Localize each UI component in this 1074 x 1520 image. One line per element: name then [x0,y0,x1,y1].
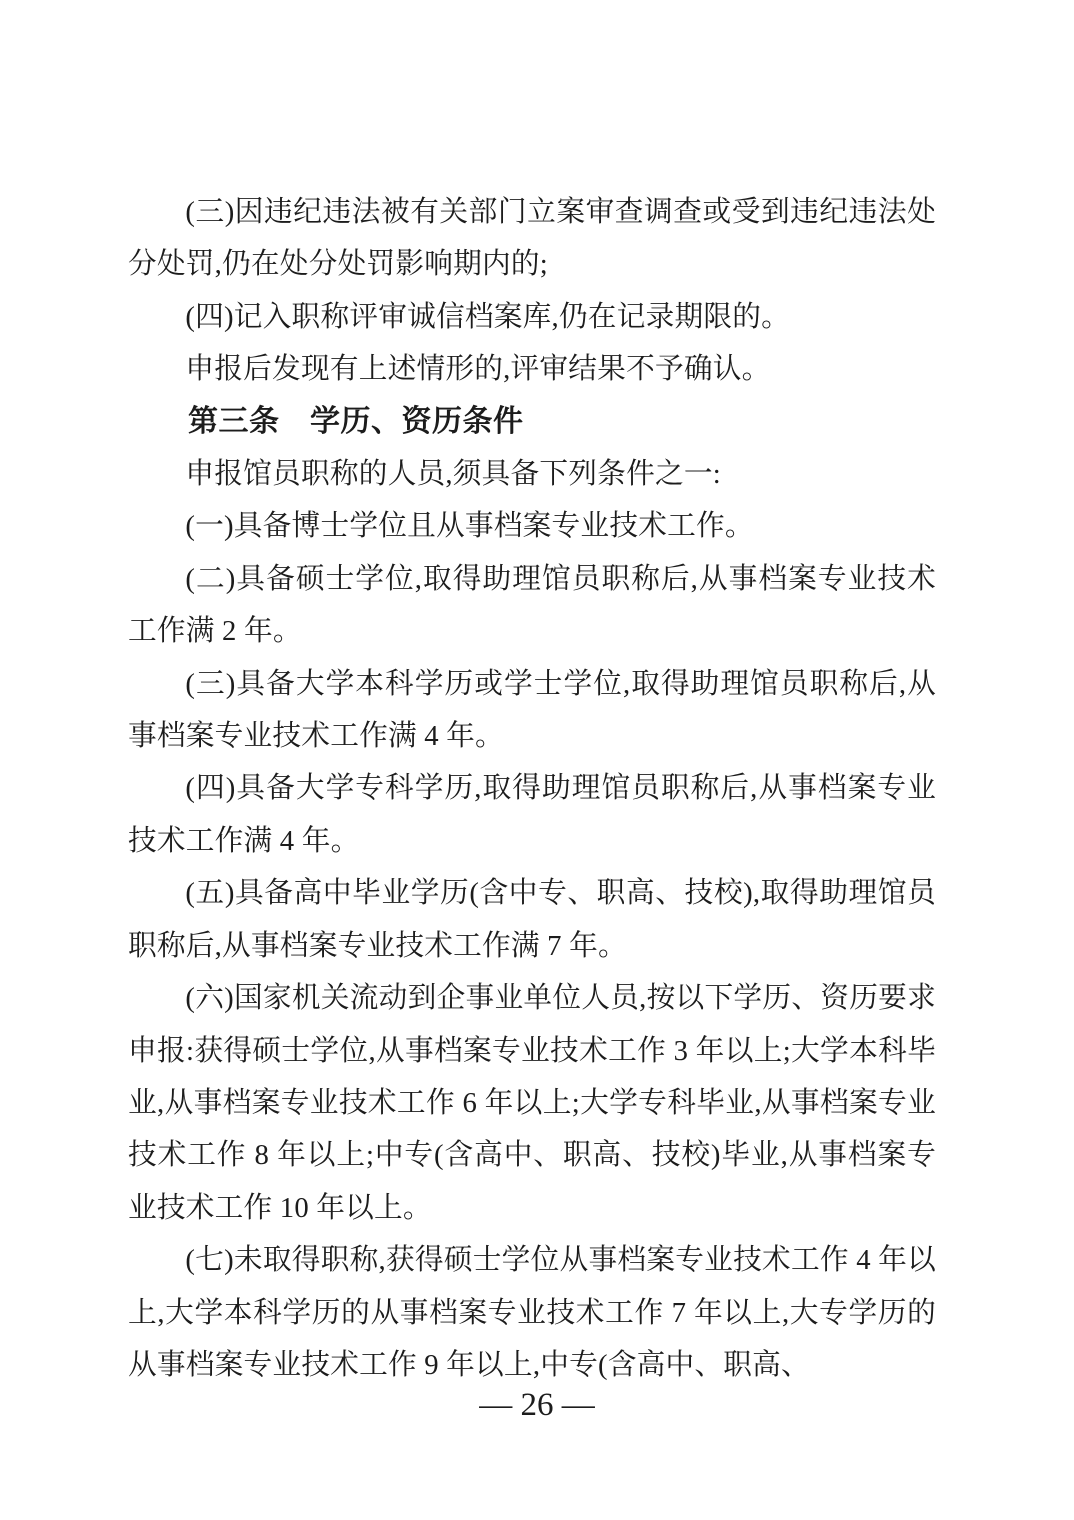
paragraph: 申报后发现有上述情形的,评审结果不予确认。 [128,343,936,395]
paragraph: (五)具备高中毕业学历(含中专、职高、技校),取得助理馆员职称后,从事档案专业技… [128,867,936,972]
paragraph: (一)具备博士学位且从事档案专业技术工作。 [128,500,936,552]
page-number: — 26 — [0,1382,1074,1428]
paragraph: 申报馆员职称的人员,须具备下列条件之一: [128,448,936,500]
document-page: (三)因违纪违法被有关部门立案审查调查或受到违纪违法处分处罚,仍在处分处罚影响期… [0,0,1074,1520]
document-body: (三)因违纪违法被有关部门立案审查调查或受到违纪违法处分处罚,仍在处分处罚影响期… [128,186,936,1391]
paragraph: (二)具备硕士学位,取得助理馆员职称后,从事档案专业技术工作满 2 年。 [128,553,936,658]
paragraph: (三)具备大学本科学历或学士学位,取得助理馆员职称后,从事档案专业技术工作满 4… [128,658,936,763]
paragraph: (七)未取得职称,获得硕士学位从事档案专业技术工作 4 年以上,大学本科学历的从… [128,1234,936,1391]
section-heading: 第三条 学历、资历条件 [128,396,936,448]
paragraph: (四)具备大学专科学历,取得助理馆员职称后,从事档案专业技术工作满 4 年。 [128,762,936,867]
paragraph: (四)记入职称评审诚信档案库,仍在记录期限的。 [128,291,936,343]
paragraph: (三)因违纪违法被有关部门立案审查调查或受到违纪违法处分处罚,仍在处分处罚影响期… [128,186,936,291]
paragraph: (六)国家机关流动到企事业单位人员,按以下学历、资历要求申报:获得硕士学位,从事… [128,972,936,1234]
